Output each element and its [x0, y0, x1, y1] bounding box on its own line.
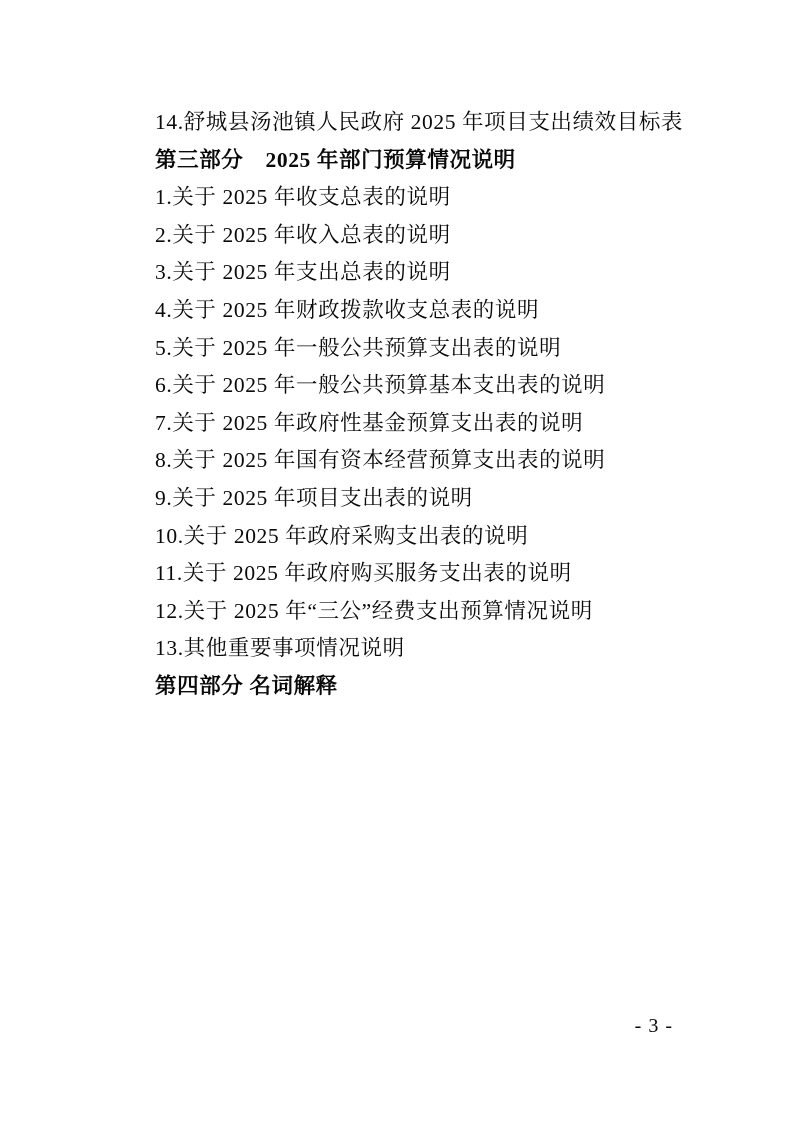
toc-item-13: 13.其他重要事项情况说明: [155, 630, 733, 668]
toc-item-5: 5.关于 2025 年一般公共预算支出表的说明: [155, 330, 733, 368]
section-heading-part4: 第四部分 名词解释: [155, 668, 733, 706]
section-heading-part3: 第三部分 2025 年部门预算情况说明: [155, 142, 733, 180]
toc-item-14: 14.舒城县汤池镇人民政府 2025 年项目支出绩效目标表: [155, 104, 733, 142]
toc-item-6: 6.关于 2025 年一般公共预算基本支出表的说明: [155, 367, 733, 405]
toc-item-7: 7.关于 2025 年政府性基金预算支出表的说明: [155, 405, 733, 443]
toc-item-9: 9.关于 2025 年项目支出表的说明: [155, 480, 733, 518]
toc-item-4: 4.关于 2025 年财政拨款收支总表的说明: [155, 292, 733, 330]
document-page: 14.舒城县汤池镇人民政府 2025 年项目支出绩效目标表 第三部分 2025 …: [0, 0, 793, 1122]
toc-item-3: 3.关于 2025 年支出总表的说明: [155, 254, 733, 292]
page-number: - 3 -: [635, 1014, 673, 1038]
toc-item-2: 2.关于 2025 年收入总表的说明: [155, 217, 733, 255]
toc-item-8: 8.关于 2025 年国有资本经营预算支出表的说明: [155, 442, 733, 480]
toc-item-1: 1.关于 2025 年收支总表的说明: [155, 179, 733, 217]
toc-item-12: 12.关于 2025 年“三公”经费支出预算情况说明: [155, 593, 733, 631]
toc-item-11: 11.关于 2025 年政府购买服务支出表的说明: [155, 555, 733, 593]
toc-item-10: 10.关于 2025 年政府采购支出表的说明: [155, 518, 733, 556]
toc-content: 14.舒城县汤池镇人民政府 2025 年项目支出绩效目标表 第三部分 2025 …: [155, 104, 733, 706]
